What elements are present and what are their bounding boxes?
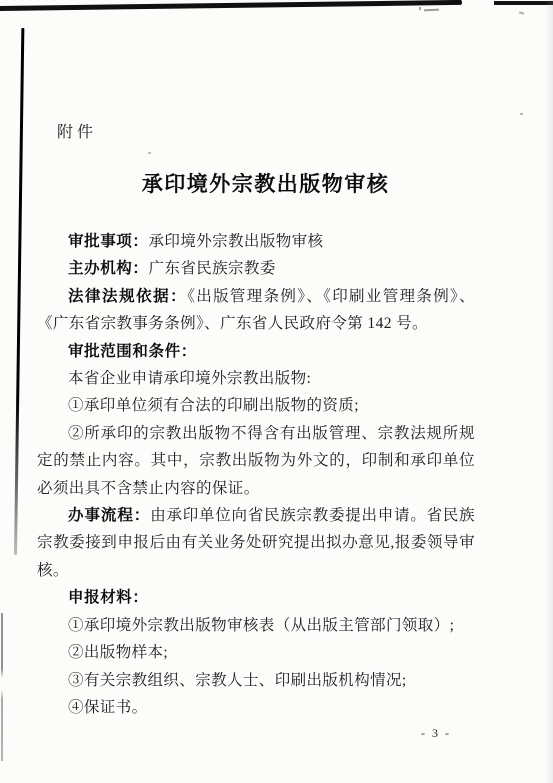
paragraph-material-4: ④保证书。 xyxy=(37,694,475,721)
paragraph-text: ④保证书。 xyxy=(68,699,148,716)
paragraph-text: ②出版物样本; xyxy=(68,644,168,661)
paragraph-condition-2: ②所承印的宗教出版物不得含有出版管理、宗教法规所规定的禁止内容。其中，宗教出版物… xyxy=(37,420,475,502)
paragraph-materials-heading: 申报材料： xyxy=(37,584,475,611)
paragraph-text: ②所承印的宗教出版物不得含有出版管理、宗教法规所规定的禁止内容。其中，宗教出版物… xyxy=(37,425,475,497)
paragraph-text: 本省企业申请承印境外宗教出版物: xyxy=(68,370,311,387)
paragraph-material-2: ②出版物样本; xyxy=(37,639,475,666)
paragraph-scope-intro: 本省企业申请承印境外宗教出版物: xyxy=(37,365,475,392)
paragraph-label: 审批事项： xyxy=(68,233,149,250)
scan-artifact-left-vertical-line xyxy=(14,28,24,555)
document-body: 审批事项：承印境外宗教出版物审核 主办机构：广东省民族宗教委 法律法规依据：《出… xyxy=(37,228,475,721)
paragraph-legal-basis: 法律法规依据：《出版管理条例》、《印刷业管理条例》、《广东省宗教事务条例》、广东… xyxy=(37,283,475,338)
document-title: 承印境外宗教出版物审核 xyxy=(0,168,542,198)
paragraph-condition-1: ①承印单位须有合法的印刷出版物的资质; xyxy=(37,392,475,419)
scanned-document-page: 附件 承印境外宗教出版物审核 审批事项：承印境外宗教出版物审核 主办机构：广东省… xyxy=(0,0,553,783)
paragraph-label: 审批范围和条件： xyxy=(68,343,197,360)
scan-artifact-speck xyxy=(520,113,523,115)
scan-artifact-smudge xyxy=(519,11,524,14)
scan-artifact-smudge xyxy=(419,7,421,10)
paragraph-label: 主办机构： xyxy=(68,260,149,277)
attachment-label: 附件 xyxy=(57,119,97,142)
paragraph-material-3: ③有关宗教组织、宗教人士、印刷出版机构情况; xyxy=(37,667,475,694)
paragraph-label: 申报材料： xyxy=(68,589,149,606)
scan-artifact-speck xyxy=(148,152,151,154)
paragraph-text: 承印境外宗教出版物审核 xyxy=(149,233,324,250)
paragraph-text: ①承印境外宗教出版物审核表（从出版主管部门领取）; xyxy=(68,617,454,634)
paragraph-text: ①承印单位须有合法的印刷出版物的资质; xyxy=(68,397,359,414)
paragraph-scope-conditions-heading: 审批范围和条件： xyxy=(37,338,475,365)
scan-artifact-smudge xyxy=(424,9,439,12)
scan-artifact-right-edge-shading xyxy=(545,0,553,783)
paragraph-approval-item: 审批事项：承印境外宗教出版物审核 xyxy=(37,228,475,255)
paragraph-label: 办事流程： xyxy=(68,507,150,524)
paragraph-text: 广东省民族宗教委 xyxy=(149,260,276,277)
page-number: - 3 - xyxy=(421,726,451,741)
paragraph-label: 法律法规依据： xyxy=(68,288,187,305)
paragraph-material-1: ①承印境外宗教出版物审核表（从出版主管部门领取）; xyxy=(37,612,475,639)
scan-artifact-bottom-left-line xyxy=(1,613,3,761)
paragraph-process: 办事流程：由承印单位向省民族宗教委提出申请。省民族宗教委接到申报后由有关业务处研… xyxy=(37,502,475,584)
scan-artifact-top-line-left xyxy=(0,0,462,11)
paragraph-host-agency: 主办机构：广东省民族宗教委 xyxy=(37,255,475,282)
paragraph-text: ③有关宗教组织、宗教人士、印刷出版机构情况; xyxy=(68,672,407,689)
